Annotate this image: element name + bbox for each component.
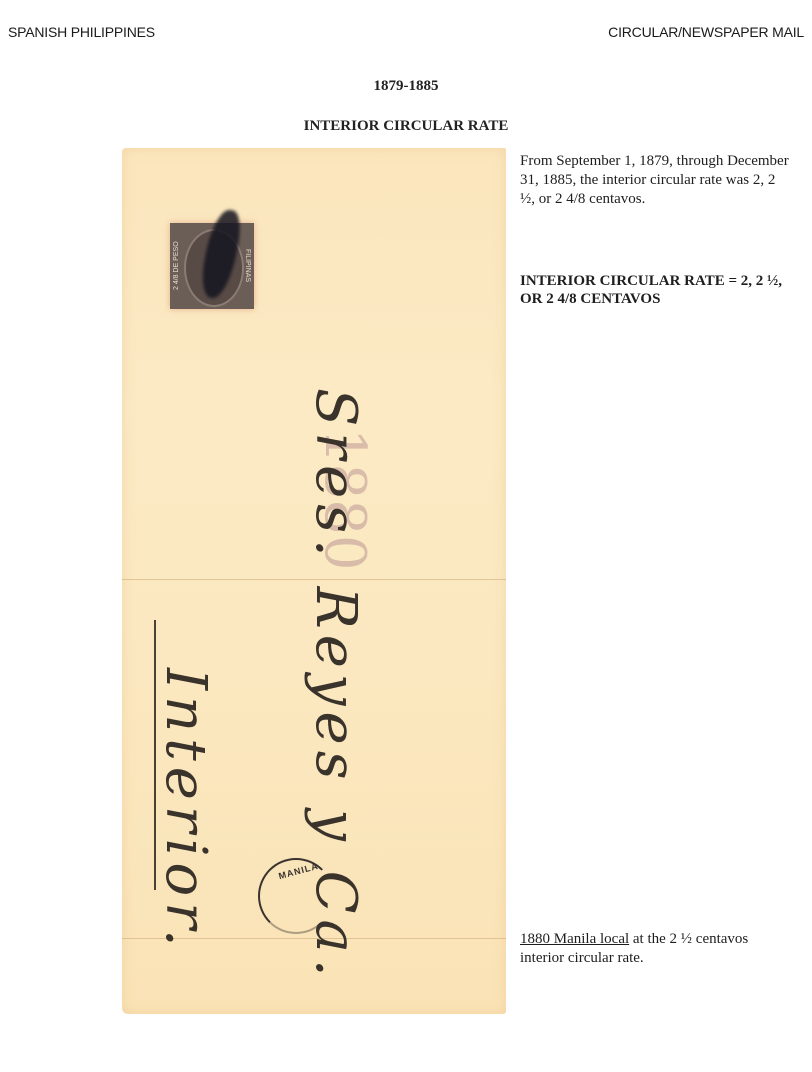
stamp-country-label: FILIPINAS	[242, 227, 252, 305]
rate-summary: INTERIOR CIRCULAR RATE = 2, 2 ½, OR 2 4/…	[520, 272, 790, 308]
cover-image: 2 4/8 DE PESO FILIPINAS 1880 Sres. Reyes…	[122, 148, 506, 1014]
stamp-value-label: 2 4/8 DE PESO	[172, 227, 182, 305]
postmark-text: MANILA	[277, 861, 319, 881]
page-subtitle: INTERIOR CIRCULAR RATE	[0, 118, 812, 135]
address-line-2: Interior.	[153, 668, 218, 953]
caption-underlined: 1880 Manila local	[520, 931, 629, 947]
postage-stamp: 2 4/8 DE PESO FILIPINAS	[170, 223, 254, 309]
header-right-title: CIRCULAR/NEWSPAPER MAIL	[608, 24, 804, 40]
cover-caption: 1880 Manila local at the 2 ½ centavos in…	[520, 930, 790, 968]
rate-description: From September 1, 1879, through December…	[520, 152, 790, 209]
postmark: MANILA	[258, 858, 334, 934]
header-left-title: SPANISH PHILIPPINES	[8, 24, 155, 40]
page-years: 1879-1885	[0, 78, 812, 95]
